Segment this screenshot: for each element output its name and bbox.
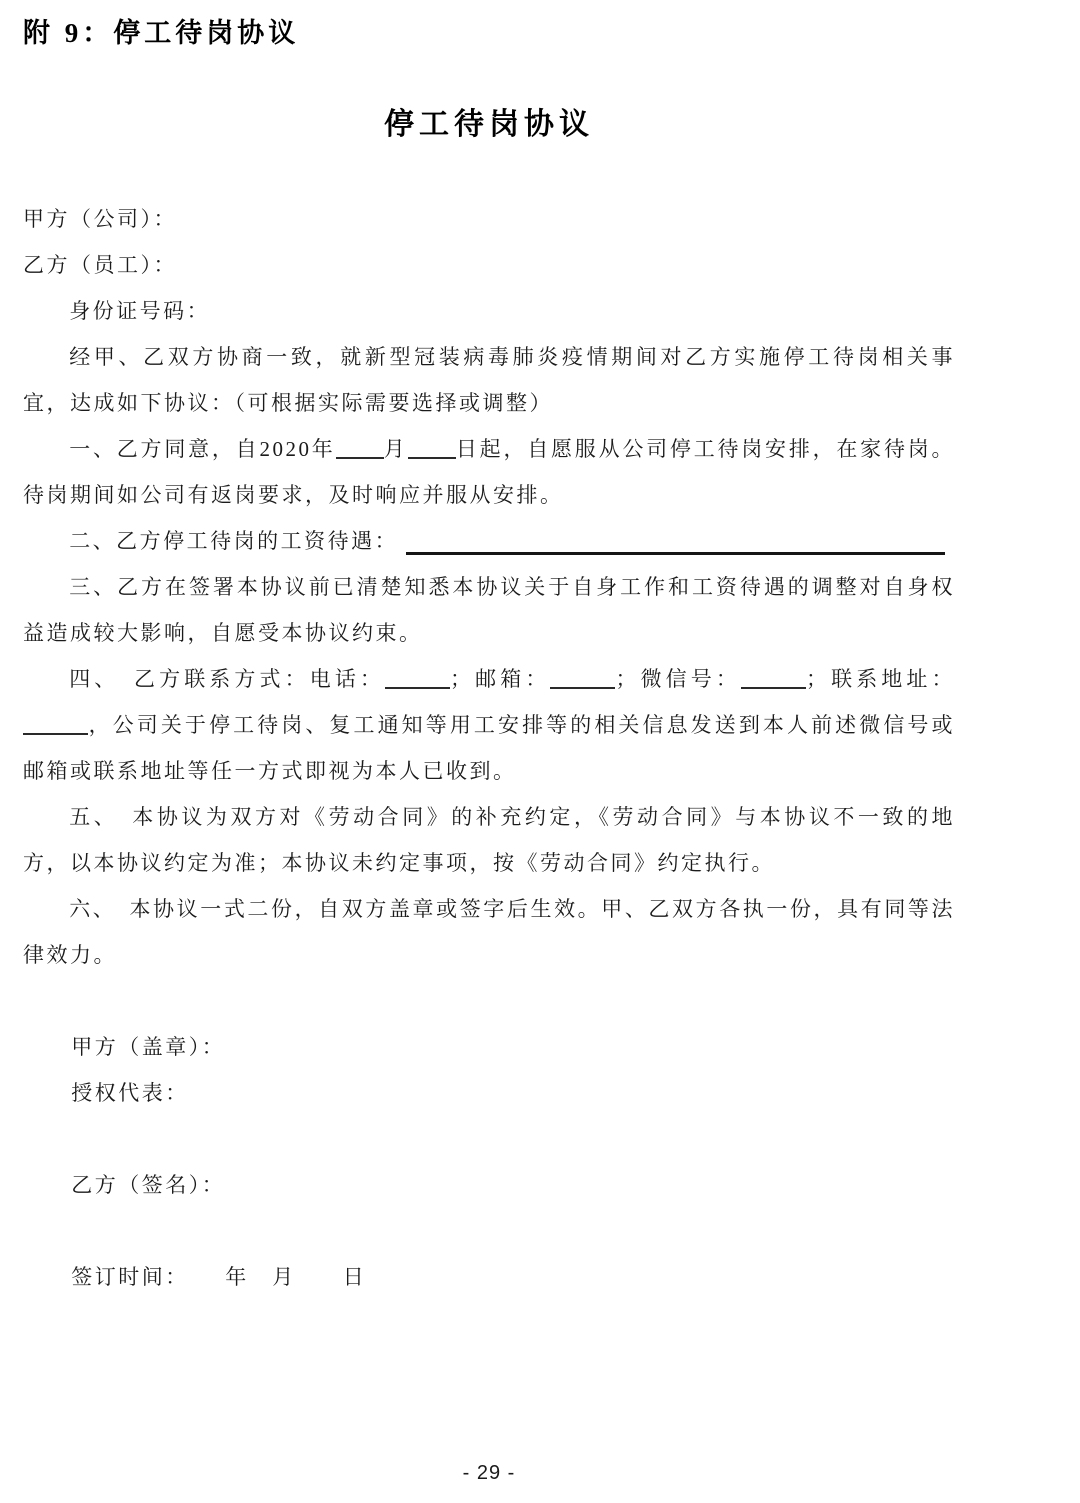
clause-4: 四、 乙方联系方式：电话：；邮箱：；微信号：；联系地址：，公司关于停工待岗、复工…: [23, 656, 955, 794]
phone-blank-line: [385, 665, 450, 689]
id-number-line: 身份证号码：: [23, 288, 955, 334]
clause-3: 三、乙方在签署本协议前已清楚知悉本协议关于自身工作和工资待遇的调整对自身权益造成…: [23, 564, 955, 656]
attachment-header: 附 9：停工待岗协议: [23, 0, 955, 54]
address-blank-line: [23, 711, 88, 735]
wechat-blank-line: [741, 665, 806, 689]
clause-5: 五、 本协议为双方对《劳动合同》的补充约定，《劳动合同》与本协议不一致的地方，以…: [23, 794, 955, 886]
clause-4-text: ；邮箱：: [450, 667, 550, 691]
clause-4-text: ；联系地址：: [806, 667, 955, 691]
clause-1-text: 一、乙方同意，自2020年: [69, 437, 335, 461]
party-a-line: 甲方（公司）：: [23, 196, 955, 242]
party-b-line: 乙方（员工）：: [23, 242, 955, 288]
clause-4-text: 四、 乙方联系方式：电话：: [69, 667, 385, 691]
signature-party-a-seal: 甲方（盖章）：: [23, 1024, 955, 1070]
clause-1-text: 月: [384, 437, 408, 461]
preamble-paragraph: 经甲、乙双方协商一致，就新型冠装病毒肺炎疫情期间对乙方实施停工待岗相关事宜，达成…: [23, 334, 955, 426]
page-number: - 29 -: [23, 1462, 955, 1485]
signature-party-b: 乙方（签名）：: [23, 1162, 955, 1208]
clause-4-text: ，公司关于停工待岗、复工通知等用工安排等的相关信息发送到本人前述微信号或邮箱或联…: [23, 713, 955, 783]
month-blank-line: [336, 435, 384, 459]
document-page: 附 9：停工待岗协议 停工待岗协议 甲方（公司）： 乙方（员工）： 身份证号码：…: [0, 0, 1080, 1503]
day-blank-line: [408, 435, 456, 459]
clause-2: 二、乙方停工待岗的工资待遇：: [23, 518, 955, 564]
email-blank-line: [550, 665, 615, 689]
signature-authorized-representative: 授权代表：: [23, 1070, 955, 1116]
document-title: 停工待岗协议: [23, 102, 955, 148]
document-body: 甲方（公司）： 乙方（员工）： 身份证号码： 经甲、乙双方协商一致，就新型冠装病…: [23, 196, 955, 1300]
clause-2-text: 二、乙方停工待岗的工资待遇：: [23, 518, 398, 564]
clause-6: 六、 本协议一式二份，自双方盖章或签字后生效。甲、乙双方各执一份，具有同等法律效…: [23, 886, 955, 978]
signing-date-line: 签订时间： 年 月 日: [23, 1254, 955, 1300]
salary-blank-line: [406, 552, 945, 555]
document-content: 附 9：停工待岗协议 停工待岗协议 甲方（公司）： 乙方（员工）： 身份证号码：…: [0, 0, 1080, 1300]
clause-4-text: ；微信号：: [615, 667, 741, 691]
clause-1: 一、乙方同意，自2020年月日起，自愿服从公司停工待岗安排，在家待岗。待岗期间如…: [23, 426, 955, 518]
